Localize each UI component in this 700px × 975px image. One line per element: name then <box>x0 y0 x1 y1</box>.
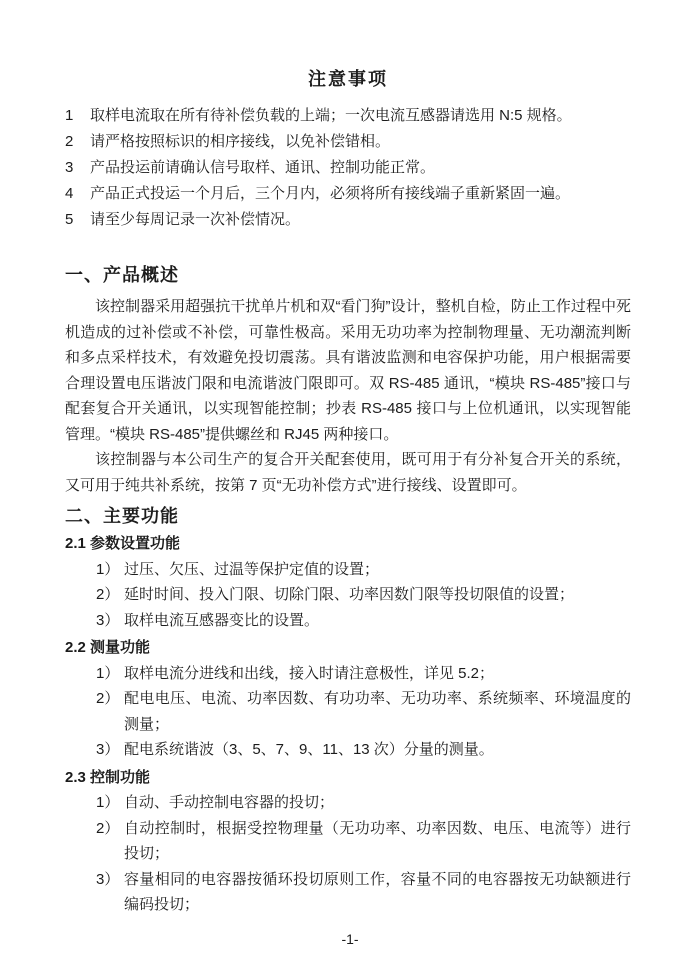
list-item: 3） 配电系统谐波（3、5、7、9、11、13 次）分量的测量。 <box>96 737 631 763</box>
notice-text: 请严格按照标识的相序接线，以免补偿错相。 <box>90 129 631 155</box>
notice-number: 2 <box>65 129 90 155</box>
page-title: 注意事项 <box>65 68 631 90</box>
notices-list: 1 取样电流取在所有待补偿负载的上端；一次电流互感器请选用 N:5 规格。 2 … <box>65 103 631 233</box>
list-item-text: 容量相同的电容器按循环投切原则工作，容量不同的电容器按无功缺额进行编码投切； <box>124 867 631 918</box>
notice-item: 3 产品投运前请确认信号取样、通讯、控制功能正常。 <box>65 155 631 181</box>
overview-paragraph-2: 该控制器与本公司生产的复合开关配套使用，既可用于有分补复合开关的系统，又可用于纯… <box>65 447 631 498</box>
manual-page: 注意事项 1 取样电流取在所有待补偿负载的上端；一次电流互感器请选用 N:5 规… <box>0 0 700 975</box>
list-item-number: 3） <box>96 737 124 763</box>
list-item-text: 延时时间、投入门限、切除门限、功率因数门限等投切限值的设置； <box>124 582 631 608</box>
list-item: 2） 配电电压、电流、功率因数、有功功率、无功功率、系统频率、环境温度的测量； <box>96 686 631 737</box>
page-content: 注意事项 1 取样电流取在所有待补偿负载的上端；一次电流互感器请选用 N:5 规… <box>65 68 631 918</box>
list-item: 1） 自动、手动控制电容器的投切； <box>96 790 631 816</box>
list-item-text: 自动控制时，根据受控物理量（无功功率、功率因数、电压、电流等）进行投切； <box>124 816 631 867</box>
page-number: -1- <box>0 931 700 947</box>
list-item-number: 2） <box>96 686 124 737</box>
section-heading-main-functions: 二、主要功能 <box>65 503 631 529</box>
notice-item: 1 取样电流取在所有待补偿负载的上端；一次电流互感器请选用 N:5 规格。 <box>65 103 631 129</box>
overview-paragraph-1: 该控制器采用超强抗干扰单片机和双“看门狗”设计，整机自检，防止工作过程中死机造成… <box>65 294 631 447</box>
subsection-control: 2.3 控制功能 1） 自动、手动控制电容器的投切； 2） 自动控制时，根据受控… <box>65 765 631 918</box>
list-item-text: 取样电流互感器变比的设置。 <box>124 608 631 634</box>
notice-number: 4 <box>65 181 90 207</box>
list-item: 1） 过压、欠压、过温等保护定值的设置； <box>96 557 631 583</box>
list-item-number: 2） <box>96 816 124 867</box>
list-item-number: 1） <box>96 557 124 583</box>
subsection-heading: 2.1 参数设置功能 <box>65 531 631 557</box>
notice-text: 取样电流取在所有待补偿负载的上端；一次电流互感器请选用 N:5 规格。 <box>90 103 631 129</box>
list-item-number: 3） <box>96 867 124 918</box>
subsection-heading: 2.3 控制功能 <box>65 765 631 791</box>
notice-text: 产品投运前请确认信号取样、通讯、控制功能正常。 <box>90 155 631 181</box>
subsection-parameter-setting: 2.1 参数设置功能 1） 过压、欠压、过温等保护定值的设置； 2） 延时时间、… <box>65 531 631 633</box>
list-item-text: 配电系统谐波（3、5、7、9、11、13 次）分量的测量。 <box>124 737 631 763</box>
list-item: 2） 延时时间、投入门限、切除门限、功率因数门限等投切限值的设置； <box>96 582 631 608</box>
subsection-measurement: 2.2 测量功能 1） 取样电流分进线和出线，接入时请注意极性，详见 5.2； … <box>65 635 631 763</box>
notice-item: 2 请严格按照标识的相序接线，以免补偿错相。 <box>65 129 631 155</box>
list-item-text: 过压、欠压、过温等保护定值的设置； <box>124 557 631 583</box>
notice-text: 请至少每周记录一次补偿情况。 <box>90 207 631 233</box>
list-item: 2） 自动控制时，根据受控物理量（无功功率、功率因数、电压、电流等）进行投切； <box>96 816 631 867</box>
subsection-heading: 2.2 测量功能 <box>65 635 631 661</box>
list-item-text: 配电电压、电流、功率因数、有功功率、无功功率、系统频率、环境温度的测量； <box>124 686 631 737</box>
list-item: 1） 取样电流分进线和出线，接入时请注意极性，详见 5.2； <box>96 661 631 687</box>
list-item-number: 3） <box>96 608 124 634</box>
section-heading-product-overview: 一、产品概述 <box>65 262 631 288</box>
list-item-number: 1） <box>96 790 124 816</box>
list-item-text: 取样电流分进线和出线，接入时请注意极性，详见 5.2； <box>124 661 631 687</box>
list-item-number: 1） <box>96 661 124 687</box>
list-item-number: 2） <box>96 582 124 608</box>
list-item-text: 自动、手动控制电容器的投切； <box>124 790 631 816</box>
notice-number: 5 <box>65 207 90 233</box>
notice-number: 3 <box>65 155 90 181</box>
notice-item: 4 产品正式投运一个月后，三个月内，必须将所有接线端子重新紧固一遍。 <box>65 181 631 207</box>
list-item: 3） 容量相同的电容器按循环投切原则工作，容量不同的电容器按无功缺额进行编码投切… <box>96 867 631 918</box>
notice-item: 5 请至少每周记录一次补偿情况。 <box>65 207 631 233</box>
notice-text: 产品正式投运一个月后，三个月内，必须将所有接线端子重新紧固一遍。 <box>90 181 631 207</box>
notice-number: 1 <box>65 103 90 129</box>
list-item: 3） 取样电流互感器变比的设置。 <box>96 608 631 634</box>
